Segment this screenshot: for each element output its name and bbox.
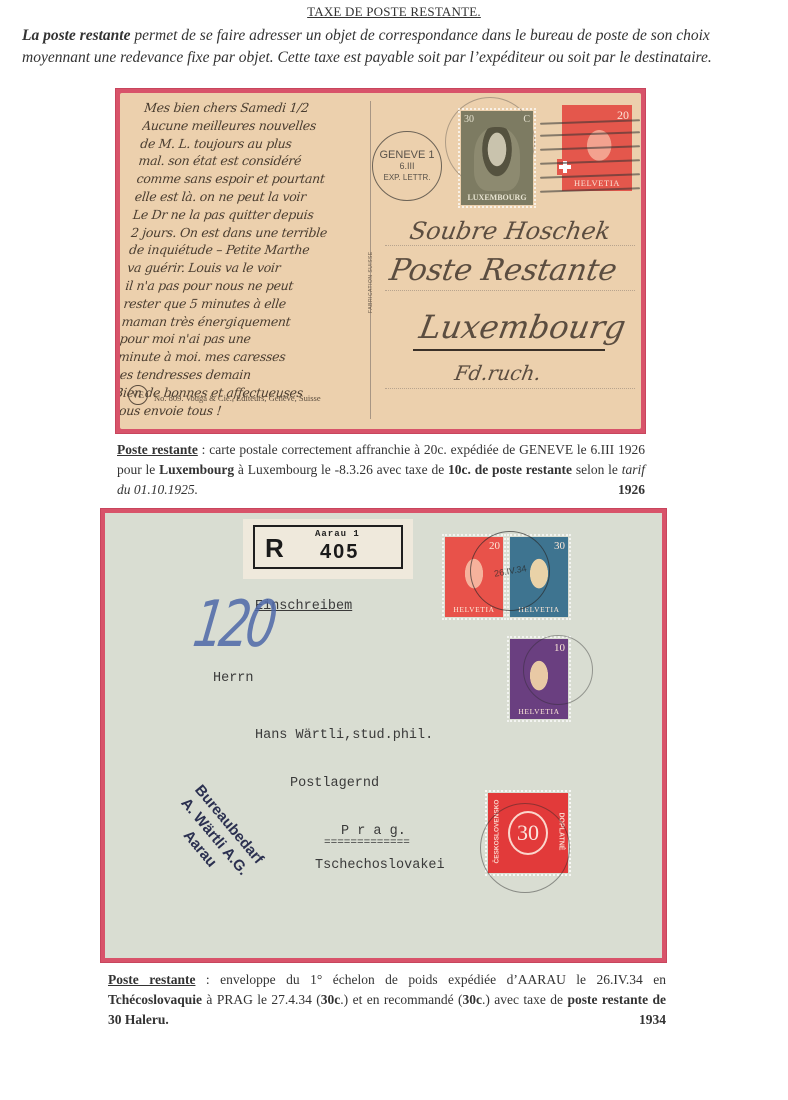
page-title: TAXE DE POSTE RESTANTE.: [0, 4, 788, 20]
message-line: Le Dr ne la pas quitter depuis: [132, 206, 384, 224]
address-rule: [385, 245, 635, 246]
message-line: vous envoie tous !: [120, 402, 363, 420]
message-line: les tendresses demain: [120, 366, 367, 384]
addressee-name: Hans Wärtli,stud.phil.: [255, 728, 433, 743]
address-line-4: Fd.ruch.: [453, 361, 543, 385]
message-line: Aucune meilleures nouvelles: [141, 117, 393, 135]
message-line: 2 jours. On est dans une terrible: [130, 224, 382, 242]
postmark-date: 26.IV.34: [493, 563, 527, 579]
blue-crayon-mark: 120: [189, 588, 278, 662]
message-line: va guérir. Louis va le voir: [126, 259, 378, 277]
postcard-mount: Mes bien chers Samedi 1/2Aucune meilleur…: [115, 88, 646, 434]
envelope-mount: R Aarau 1 405 Einschreibem 120 Herrn Han…: [100, 508, 667, 963]
portrait-icon: [474, 127, 520, 191]
luxembourg-stamp: 30 C LUXEMBOURG: [461, 111, 533, 205]
caption-year: 1926: [618, 480, 645, 500]
message-line: minute à moi. mes caresses: [120, 348, 369, 366]
stamp-value: 30: [554, 540, 565, 552]
registration-label: R Aarau 1 405: [243, 519, 413, 579]
stamp-value: 30: [464, 114, 474, 125]
side-print: FABRICATION SUISSE: [368, 251, 374, 313]
registration-box: R Aarau 1 405: [253, 525, 403, 569]
message-line: elle est là. on ne peut la voir: [134, 188, 386, 206]
caption-text: à PRAG le 27.4.34 (: [202, 992, 321, 1007]
registration-office: Aarau 1: [315, 529, 360, 539]
publisher-imprint: No. 809. Vouga & Cie., Editeurs, Genève,…: [154, 393, 321, 403]
registration-letter: R: [265, 533, 284, 564]
geneve-postmark: GENEVE 1 6.III EXP. LETTR.: [372, 131, 442, 201]
envelope: R Aarau 1 405 Einschreibem 120 Herrn Han…: [105, 513, 662, 958]
message-line: rester que 5 minutes à elle: [123, 295, 375, 313]
caption-text: .) et en recommandé (: [340, 992, 462, 1007]
message-line: mal. son état est considéré: [138, 152, 390, 170]
intro-paragraph: La poste restante permet de se faire adr…: [22, 25, 762, 69]
address-rule: [385, 388, 635, 389]
address-line-3: Luxembourg: [417, 308, 629, 346]
address-line-2: Poste Restante: [387, 253, 620, 288]
stamp-country: HELVETIA: [565, 178, 629, 188]
postlagernd-text: Postlagernd: [290, 776, 379, 791]
envelope-caption: Poste restante : enveloppe du 1° échelon…: [108, 970, 666, 1030]
address-underline: [413, 349, 605, 351]
caption-text: .) avec taxe de: [482, 992, 567, 1007]
postcard: Mes bien chers Samedi 1/2Aucune meilleur…: [120, 93, 641, 429]
message-line: pour moi n'ai pas une: [120, 330, 371, 348]
caption-text: : enveloppe du 1° échelon de poids expéd…: [195, 972, 666, 987]
intro-term: La poste restante: [22, 27, 131, 44]
caption-label: Poste restante: [108, 972, 195, 987]
caption-text: à Luxembourg le -8.3.26 avec taxe de: [234, 462, 448, 477]
caption-bold: 30c: [463, 992, 483, 1007]
postmark-label: EXP. LETTR.: [384, 172, 431, 183]
registration-number: 405: [320, 541, 359, 564]
herrn-text: Herrn: [213, 671, 254, 686]
message-line: comme sans espoir et pourtant: [136, 170, 388, 188]
stamp-unit: C: [523, 114, 530, 125]
handwritten-message: Mes bien chers Samedi 1/2Aucune meilleur…: [120, 99, 395, 424]
prag-postmark: [480, 803, 570, 893]
caption-text: selon le: [572, 462, 622, 477]
sender-handstamp: Bureaubedarf A. Wärtli A.G. Aarau: [161, 781, 267, 892]
message-line: maman très énergiquement: [121, 313, 373, 331]
message-line: de M. L. toujours au plus: [139, 135, 391, 153]
caption-bold: Luxembourg: [159, 462, 234, 477]
aarau-postmark: [523, 635, 593, 705]
city-underline: =============: [324, 837, 410, 849]
address-rule: [385, 290, 635, 291]
caption-label: Poste restante: [117, 442, 198, 457]
stamp-country: HELVETIA: [513, 707, 565, 716]
postmark-date: 6.III: [399, 161, 414, 172]
aarau-postmark: 26.IV.34: [470, 531, 550, 611]
caption-bold: 10c. de poste restante: [448, 462, 572, 477]
stamp-country: LUXEMBOURG: [464, 193, 530, 202]
postcard-caption: Poste restante : carte postale correctem…: [117, 440, 645, 500]
caption-year: 1934: [639, 1010, 666, 1030]
message-line: il n'a pas pour nous ne peut: [125, 277, 377, 295]
address-line-1: Soubre Hoschek: [408, 217, 613, 245]
postmark-city: GENEVE 1: [379, 150, 434, 161]
caption-bold: 30c: [321, 992, 341, 1007]
message-line: de inquiétude – Petite Marthe: [128, 241, 380, 259]
country-text: Tschechoslovakei: [315, 858, 445, 873]
caption-bold: Tchécoslovaquie: [108, 992, 202, 1007]
publisher-logo-icon: VE: [128, 385, 148, 405]
message-line: Mes bien chers Samedi 1/2: [143, 99, 395, 117]
